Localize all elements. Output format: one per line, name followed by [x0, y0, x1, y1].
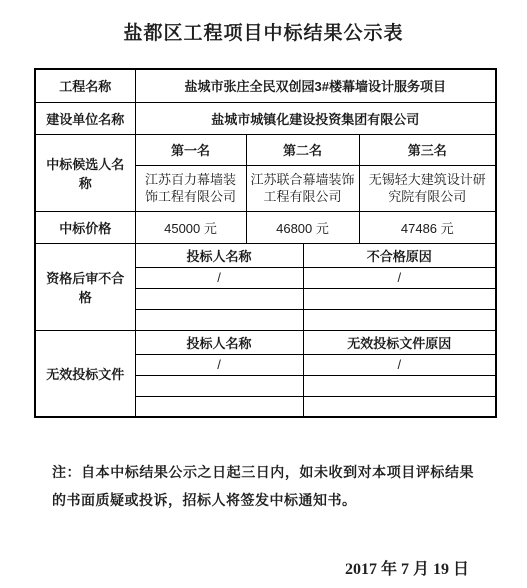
price-1: 45000 元: [135, 211, 246, 243]
candidates-label: 中标候选人名称: [35, 134, 135, 211]
invalid-reason-header: 无效投标文件原因: [303, 330, 496, 354]
qualification-header-row: 资格后审不合格 投标人名称 不合格原因: [35, 243, 496, 267]
invalid-label: 无效投标文件: [35, 330, 135, 417]
owner-row: 建设单位名称 盐城市城镇化建设投资集团有限公司: [35, 102, 496, 134]
rank-1-header: 第一名: [135, 134, 246, 165]
page-title: 盐都区工程项目中标结果公示表: [0, 18, 527, 45]
price-2: 46800 元: [246, 211, 359, 243]
empty-cell: [135, 288, 303, 309]
rank-3-header: 第三名: [359, 134, 496, 165]
candidate-3-name: 无锡轻大建筑设计研究院有限公司: [359, 165, 496, 211]
empty-cell: [303, 309, 496, 330]
empty-cell: [303, 288, 496, 309]
empty-cell: [135, 396, 303, 417]
invalid-bidder-header: 投标人名称: [135, 330, 303, 354]
project-name-value: 盐城市张庄全民双创园3#楼幕墙设计服务项目: [135, 69, 496, 102]
empty-cell: [135, 375, 303, 396]
project-name-row: 工程名称 盐城市张庄全民双创园3#楼幕墙设计服务项目: [35, 69, 496, 102]
price-3: 47486 元: [359, 211, 496, 243]
invalid-header-row: 无效投标文件 投标人名称 无效投标文件原因: [35, 330, 496, 354]
owner-label: 建设单位名称: [35, 102, 135, 134]
qualification-bidder-value: /: [135, 267, 303, 288]
qualification-bidder-header: 投标人名称: [135, 243, 303, 267]
price-label: 中标价格: [35, 211, 135, 243]
candidate-1-name: 江苏百力幕墙装饰工程有限公司: [135, 165, 246, 211]
qualification-reason-value: /: [303, 267, 496, 288]
owner-value: 盐城市城镇化建设投资集团有限公司: [135, 102, 496, 134]
invalid-bidder-value: /: [135, 354, 303, 375]
empty-cell: [303, 375, 496, 396]
bid-results-table: 工程名称 盐城市张庄全民双创园3#楼幕墙设计服务项目 建设单位名称 盐城市城镇化…: [34, 68, 497, 418]
note-text: 注：自本中标结果公示之日起三日内，如未收到对本项目评标结果的书面质疑或投诉，招标…: [52, 458, 474, 514]
price-row: 中标价格 45000 元 46800 元 47486 元: [35, 211, 496, 243]
candidate-2-name: 江苏联合幕墙装饰工程有限公司: [246, 165, 359, 211]
rank-2-header: 第二名: [246, 134, 359, 165]
empty-cell: [135, 309, 303, 330]
qualification-reason-header: 不合格原因: [303, 243, 496, 267]
date-text: 2017 年 7 月 19 日: [345, 556, 469, 579]
empty-cell: [303, 396, 496, 417]
project-name-label: 工程名称: [35, 69, 135, 102]
qualification-label: 资格后审不合格: [35, 243, 135, 330]
rank-headers-row: 中标候选人名称 第一名 第二名 第三名: [35, 134, 496, 165]
invalid-reason-value: /: [303, 354, 496, 375]
